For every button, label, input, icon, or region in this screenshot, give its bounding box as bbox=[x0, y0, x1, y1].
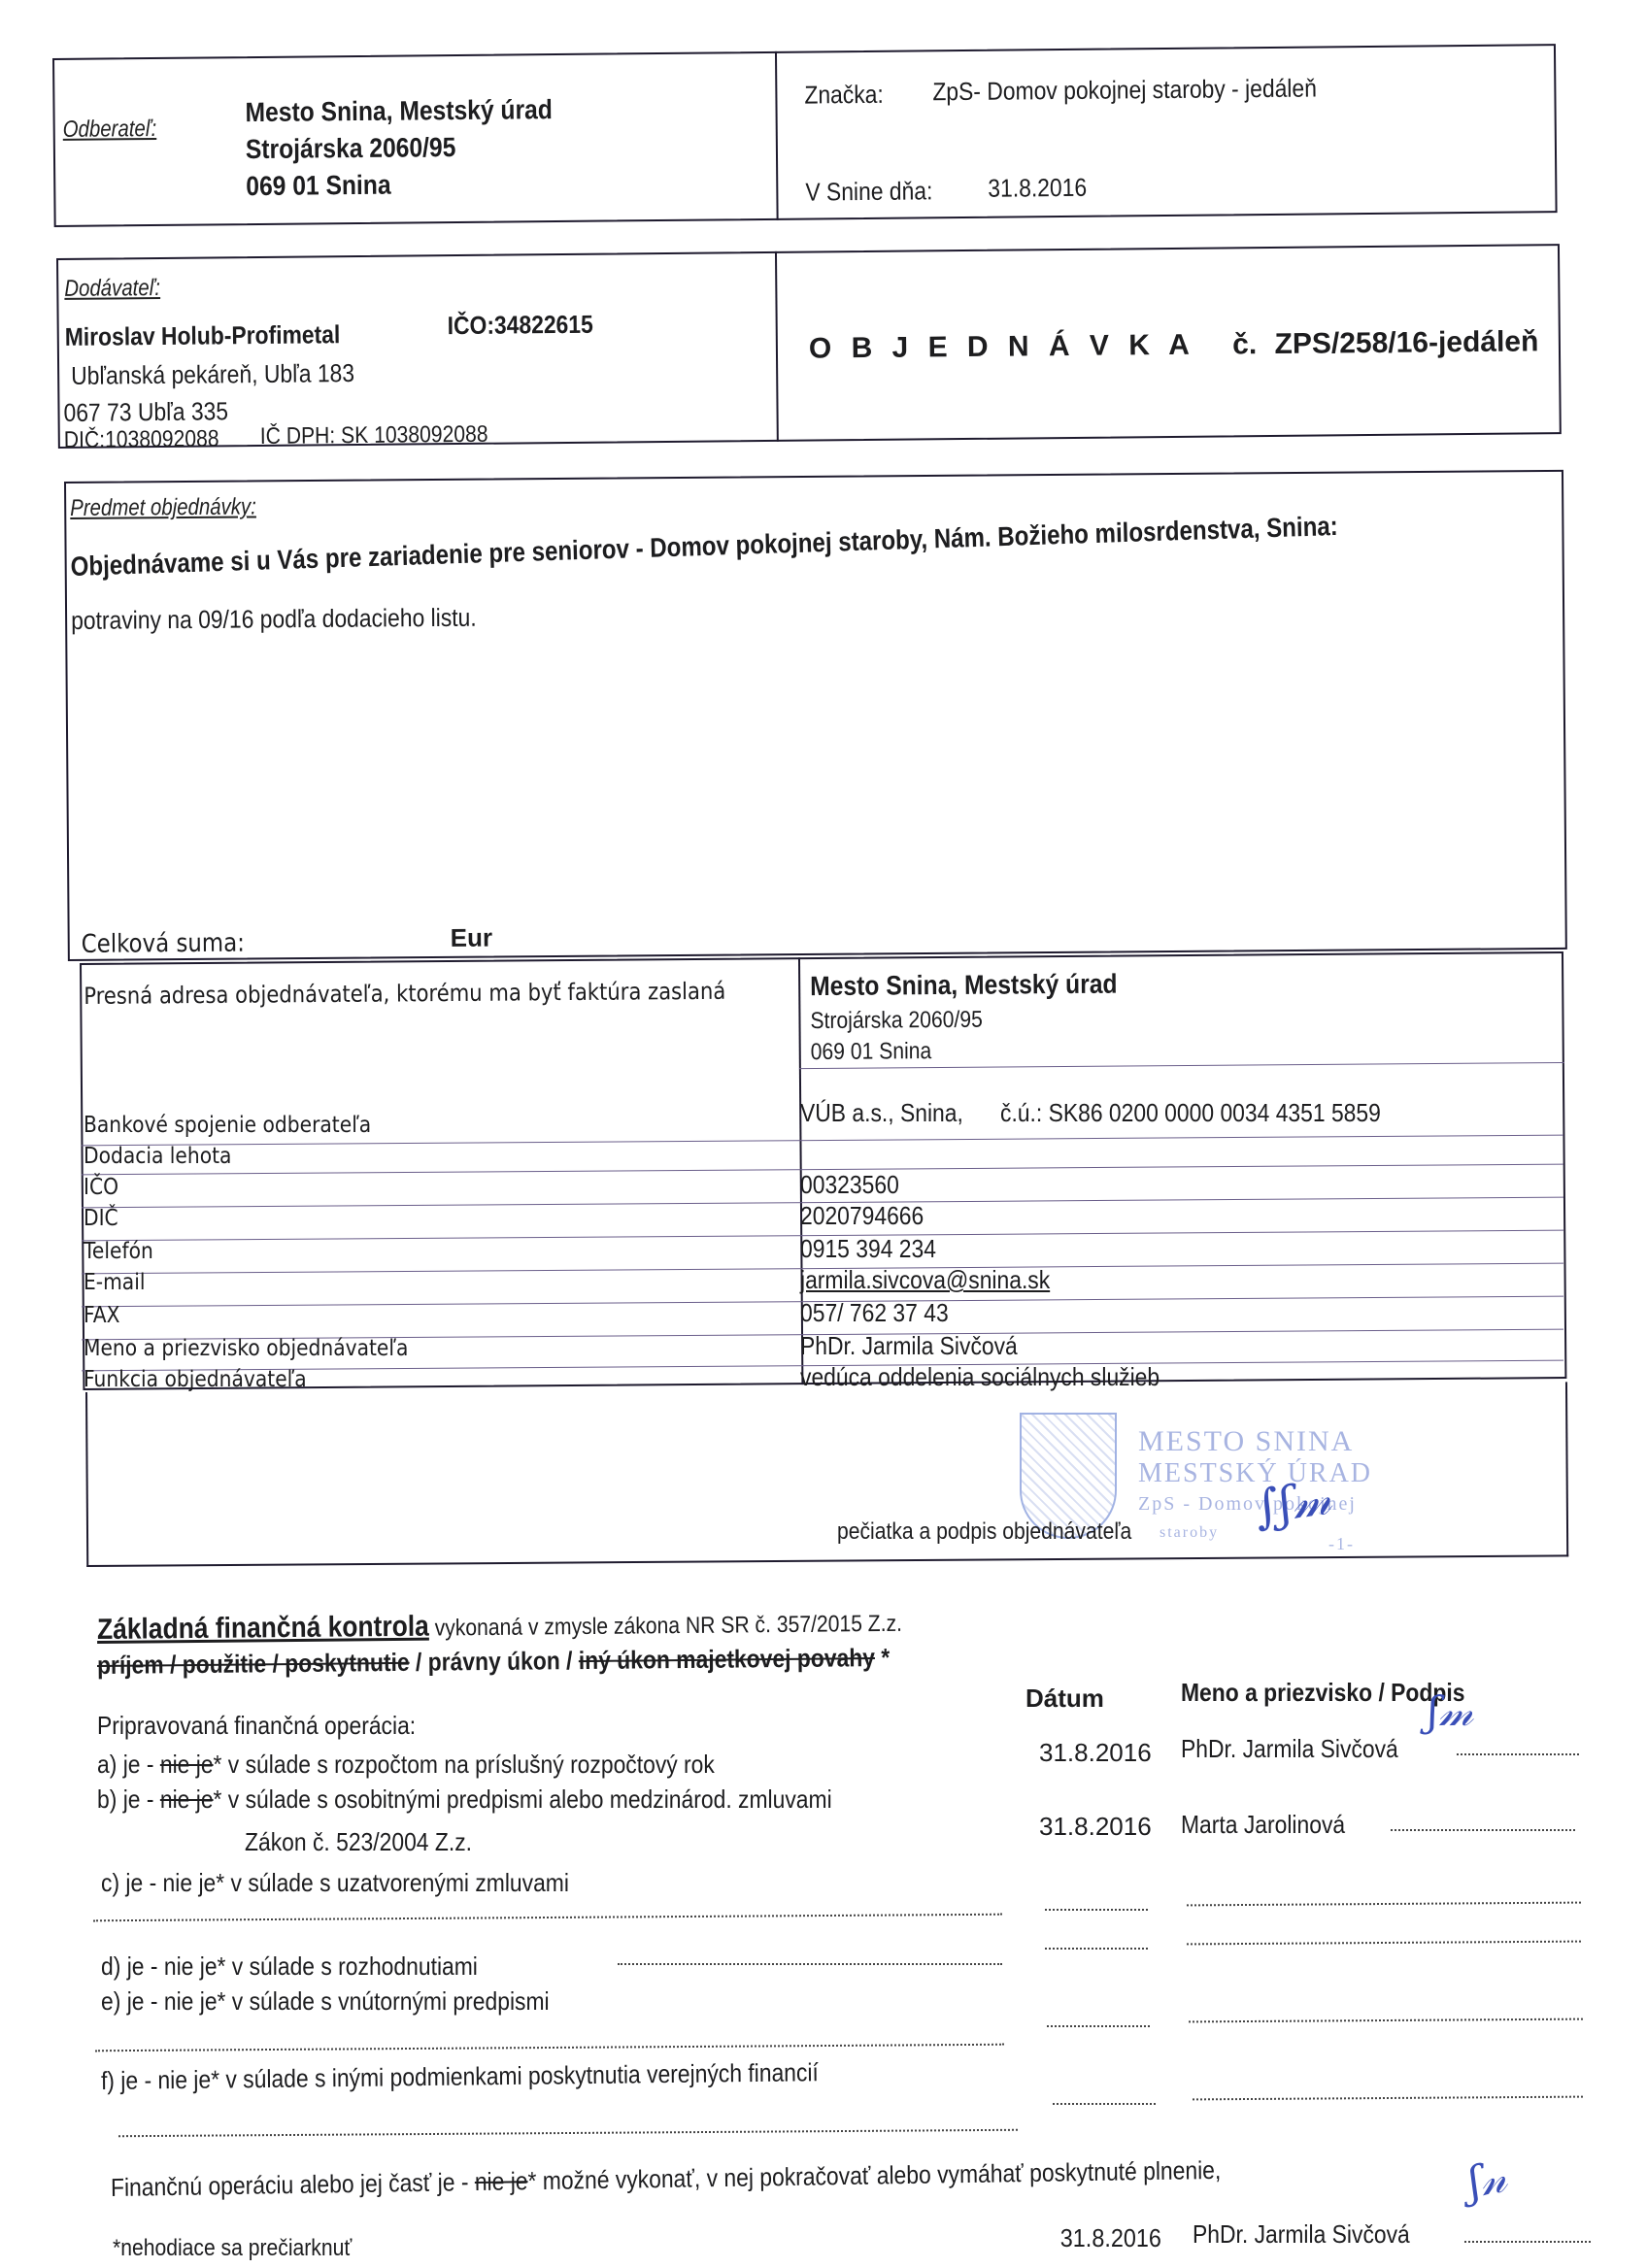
table-row: Meno a priezvisko objednávateľa PhDr. Ja… bbox=[82, 1334, 1558, 1361]
fc-item-a-text: * v súlade s rozpočtom na príslušný rozp… bbox=[214, 1750, 715, 1779]
table-row: E-mail jarmila.sivcova@snina.sk bbox=[82, 1268, 1558, 1295]
table-row: FAX 057/ 762 37 43 bbox=[82, 1301, 1558, 1328]
customer-name: Mesto Snina, Mestský úrad bbox=[245, 94, 553, 128]
fc-item-f-name-line bbox=[1193, 2096, 1583, 2101]
fc-type-kept: / právny úkon / bbox=[410, 1646, 579, 1677]
order-number: ZPS/258/16-jedáleň bbox=[1274, 325, 1538, 360]
fc-item-e: e) je - nie je* v súlade s vnútornými pr… bbox=[101, 1986, 550, 2017]
signature-scribble-icon: ʃ𝓂 bbox=[1428, 1687, 1473, 1736]
supplier-address-1: Ubľanská pekáreň, Ubľa 183 bbox=[71, 358, 354, 391]
fc-item-b-subtext: Zákon č. 523/2004 Z.z. bbox=[245, 1827, 472, 1857]
stamp-page: -1- bbox=[1328, 1534, 1355, 1554]
fc-item-a-struck: nie je bbox=[160, 1750, 214, 1779]
row-value-bank: VÚB a.s., Snina, č.ú.: SK86 0200 0000 00… bbox=[800, 1098, 1381, 1128]
row-value-dic: 2020794666 bbox=[800, 1201, 924, 1231]
fc-name-header: Meno a priezvisko / Podpis bbox=[1181, 1678, 1464, 1708]
invoice-name: Mesto Snina, Mestský úrad bbox=[810, 969, 1118, 1002]
fc-item-d: d) je - nie je* v súlade s rozhodnutiami bbox=[101, 1951, 478, 1982]
fc-title-suffix: vykonaná v zmysle zákona NR SR č. 357/20… bbox=[429, 1611, 902, 1642]
signature-scribble-icon: ∫ʃ𝓂 bbox=[1251, 1471, 1334, 1536]
supplier-divider bbox=[775, 251, 779, 442]
fc-item-e-date-line bbox=[1047, 2025, 1150, 2027]
fc-prepared-label: Pripravovaná finančná operácia: bbox=[97, 1711, 416, 1741]
customer-box: Odberateľ: Mesto Snina, Mestský úrad Str… bbox=[52, 44, 1558, 227]
fc-conclusion-date: 31.8.2016 bbox=[1060, 2223, 1161, 2253]
fc-item-b-struck: nie je bbox=[160, 1784, 214, 1814]
footnote: *nehodiace sa prečiarknuť bbox=[113, 2235, 352, 2262]
fc-type-struck-2: iný úkon majetkovej povahy bbox=[579, 1643, 875, 1675]
row-label-dic: DIČ bbox=[84, 1206, 118, 1231]
fc-item-a-name: PhDr. Jarmila Sivčová bbox=[1181, 1734, 1398, 1764]
subject-headline: Objednávame si u Vás pre zariadenie pre … bbox=[70, 511, 1338, 583]
fc-conclusion-suffix: * možné vykonať, v nej pokračovať alebo … bbox=[527, 2155, 1221, 2195]
customer-city: 069 01 Snina bbox=[246, 170, 391, 202]
supplier-box: Dodávateľ: Miroslav Holub-Profimetal IČO… bbox=[56, 244, 1562, 449]
signature-scribble-icon: ʃ𝓃 bbox=[1464, 2152, 1510, 2208]
invoice-address-label: Presná adresa objednávateľa, ktorému ma … bbox=[84, 978, 725, 1010]
fc-item-f-dotted-line bbox=[118, 2129, 1018, 2137]
stamp-line-4: staroby bbox=[1160, 1524, 1219, 1542]
row-label-delivery: Dodacia lehota bbox=[84, 1144, 231, 1169]
row-value-ico: 00323560 bbox=[800, 1170, 899, 1200]
row-label-function: Funkcia objednávateľa bbox=[84, 1367, 307, 1392]
row-label-email: E-mail bbox=[84, 1270, 145, 1295]
fc-type-line: príjem / použitie / poskytnutie / právny… bbox=[97, 1643, 890, 1681]
subject-text: potraviny na 09/16 podľa dodacieho listu… bbox=[71, 603, 477, 636]
fc-conclusion-struck: nie je bbox=[475, 2166, 528, 2196]
fc-item-e-prefix: e) je - nie je bbox=[101, 1986, 218, 2016]
supplier-name: Miroslav Holub-Profimetal bbox=[65, 319, 341, 352]
fc-item-c-dotted-line bbox=[93, 1914, 1002, 1922]
fc-item-a-signature-line bbox=[1457, 1753, 1579, 1755]
customer-street: Strojárska 2060/95 bbox=[246, 132, 456, 165]
mark-label: Značka: bbox=[804, 80, 884, 111]
table-row: Bankové spojenie odberateľa VÚB a.s., Sn… bbox=[82, 1111, 1558, 1138]
row-label-fax: FAX bbox=[84, 1303, 119, 1328]
fc-item-c: c) je - nie je* v súlade s uzatvorenými … bbox=[101, 1868, 569, 1898]
total-label: Celková suma: bbox=[82, 929, 245, 959]
customer-label: Odberateľ: bbox=[63, 116, 157, 144]
fc-item-c-name-line-2 bbox=[1187, 1941, 1581, 1946]
fc-conclusion-prefix: Finančnú operáciu alebo jej časť je - bbox=[111, 2167, 475, 2202]
fc-item-b-text: * v súlade s osobitnými predpismi alebo … bbox=[214, 1784, 832, 1814]
fc-type-star: * bbox=[875, 1643, 890, 1672]
mark-value: ZpS- Domov pokojnej staroby - jedáleň bbox=[932, 74, 1317, 108]
row-label-phone: Telefón bbox=[84, 1239, 153, 1264]
order-title-text: O B J E D N Á V K A bbox=[809, 329, 1195, 365]
fc-conclusion-signature-line bbox=[1464, 2241, 1591, 2243]
fc-item-a-date: 31.8.2016 bbox=[1039, 1738, 1152, 1768]
row-label-name: Meno a priezvisko objednávateľa bbox=[84, 1336, 408, 1361]
fc-item-f-text: * v súlade s inými podmienkami poskytnut… bbox=[211, 2057, 819, 2093]
row-label-ico: IČO bbox=[84, 1175, 118, 1200]
table-row: DIČ 2020794666 bbox=[82, 1204, 1558, 1231]
row-value-phone: 0915 394 234 bbox=[800, 1234, 936, 1264]
subject-box: Predmet objednávky: Objednávame si u Vás… bbox=[64, 470, 1567, 961]
stamp-line-1: MESTO SNINA bbox=[1138, 1425, 1354, 1458]
row-value-email-link[interactable]: jarmila.sivcova@snina.sk bbox=[800, 1265, 1050, 1295]
fc-item-b-date: 31.8.2016 bbox=[1039, 1812, 1152, 1842]
fc-item-f: f) je - nie je* v súlade s inými podmien… bbox=[101, 2057, 819, 2096]
fc-item-a-prefix: a) je - bbox=[97, 1750, 160, 1779]
supplier-ico: IČO:34822615 bbox=[448, 310, 593, 341]
supplier-label: Dodávateľ: bbox=[64, 275, 160, 303]
fc-item-d-text: * v súlade s rozhodnutiami bbox=[218, 1951, 478, 1981]
fc-type-struck-1: príjem / použitie / poskytnutie bbox=[97, 1648, 410, 1680]
stamp-label: pečiatka a podpis objednávateľa bbox=[837, 1518, 1131, 1546]
fc-title-line: Základná finančná kontrola vykonaná v zm… bbox=[97, 1606, 902, 1647]
supplier-address-2: 067 73 Ubľa 335 bbox=[63, 396, 228, 428]
fc-item-c-text: * v súlade s uzatvorenými zmluvami bbox=[216, 1868, 569, 1897]
subject-label: Predmet objednávky: bbox=[70, 493, 256, 522]
fc-item-f-date-line bbox=[1053, 2103, 1156, 2105]
table-row: IČO 00323560 bbox=[82, 1173, 1558, 1200]
fc-item-b-prefix: b) je - bbox=[97, 1784, 160, 1814]
date-value: 31.8.2016 bbox=[988, 173, 1087, 204]
supplier-icdph: IČ DPH: SK 1038092088 bbox=[260, 421, 488, 450]
fc-item-b-name: Marta Jarolinová bbox=[1181, 1810, 1345, 1840]
header-divider bbox=[775, 51, 779, 220]
fc-item-a: a) je - nie je* v súlade s rozpočtom na … bbox=[97, 1750, 715, 1780]
fc-conclusion: Finančnú operáciu alebo jej časť je - ni… bbox=[111, 2155, 1222, 2203]
fc-item-e-dotted-line bbox=[95, 2044, 1004, 2052]
row-value-name: PhDr. Jarmila Sivčová bbox=[800, 1331, 1018, 1361]
total-currency: Eur bbox=[451, 923, 493, 953]
fc-item-d-dotted-line bbox=[618, 1963, 1002, 1965]
row-value-fax: 057/ 762 37 43 bbox=[800, 1298, 949, 1328]
table-row: Telefón 0915 394 234 bbox=[82, 1237, 1558, 1264]
invoice-city: 069 01 Snina bbox=[811, 1038, 932, 1066]
fc-item-e-text: * v súlade s vnútornými predpismi bbox=[218, 1986, 550, 2016]
fc-date-header: Dátum bbox=[1025, 1684, 1104, 1714]
order-title: O B J E D N Á V K A č. ZPS/258/16-jedále… bbox=[809, 325, 1539, 365]
fc-item-c-name-line bbox=[1187, 1902, 1581, 1907]
order-number-label: č. bbox=[1232, 328, 1257, 360]
date-label: V Snine dňa: bbox=[805, 176, 932, 207]
fc-title: Základná finančná kontrola bbox=[97, 1611, 429, 1646]
fc-item-c-date-line bbox=[1045, 1909, 1148, 1911]
fc-item-c-prefix: c) je - nie je bbox=[101, 1868, 216, 1897]
supplier-dic: DIČ:1038092088 bbox=[64, 425, 219, 454]
fc-item-e-name-line bbox=[1189, 2018, 1583, 2023]
invoice-street: Strojárska 2060/95 bbox=[810, 1007, 983, 1035]
row-label-bank: Bankové spojenie odberateľa bbox=[84, 1113, 371, 1138]
fc-item-b: b) je - nie je* v súlade s osobitnými pr… bbox=[97, 1784, 832, 1815]
fc-item-b-signature-line bbox=[1391, 1829, 1575, 1831]
fc-item-c-date-line-2 bbox=[1045, 1948, 1148, 1950]
fc-item-f-prefix: f) je - nie je bbox=[101, 2065, 211, 2095]
fc-item-d-prefix: d) je - nie je bbox=[101, 1951, 218, 1981]
fc-conclusion-name: PhDr. Jarmila Sivčová bbox=[1193, 2219, 1410, 2250]
